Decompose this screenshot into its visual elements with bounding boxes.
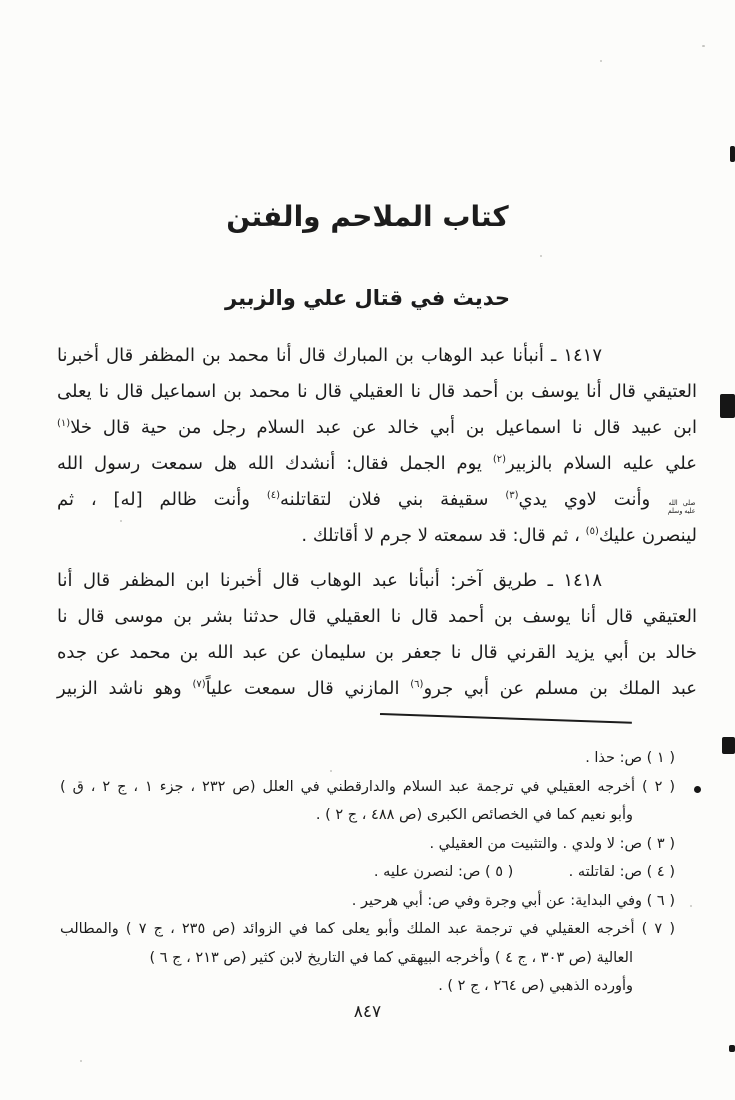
scanned-book-page: كتاب الملاحم والفتن حديث في قتال علي وال…	[0, 0, 735, 1100]
footnote-line: ( ٣ ) ص: لا ولدي . والتثبيت من العقيلي .	[60, 830, 675, 859]
footnote-line: وأبو نعيم كما في الخصائص الكبرى (ص ٤٨٨ ،…	[60, 801, 675, 830]
footnote-line: ( ١ ) ص: حذا .	[60, 744, 675, 773]
footnote-marker: (٢)	[493, 454, 506, 465]
scan-artifact	[694, 786, 701, 793]
page-number: ٨٤٧	[0, 1002, 735, 1022]
footnote-marker: (٧)	[192, 679, 205, 690]
hadith-paragraph: ١٤١٧ ـ أنبأنا عبد الوهاب بن المبارك قال …	[57, 338, 697, 554]
chapter-title: كتاب الملاحم والفتن	[0, 200, 735, 233]
paper-speck	[702, 45, 705, 47]
text-line: ابن عبيد قال نا اسماعيل بن أبي خالد عن ع…	[57, 410, 697, 446]
text-line: عبد الملك بن مسلم عن أبي جرو(٦) المازني …	[57, 671, 697, 707]
scan-artifact	[720, 394, 735, 418]
footnote-separator	[380, 713, 632, 724]
footnote-line: ( ٢ ) أخرجه العقيلي في ترجمة عبد السلام …	[60, 773, 675, 802]
section-heading: حديث في قتال علي والزبير	[0, 286, 735, 310]
paper-speck	[540, 255, 542, 257]
scan-artifact	[730, 146, 735, 162]
text-line: العتيقي قال أنا يوسف بن أحمد قال نا العق…	[57, 599, 697, 635]
text-line: لينصرن عليك(٥) ، ثم قال: قد سمعته لا جرم…	[57, 518, 697, 554]
footnote-line: ( ٧ ) أخرجه العقيلي في ترجمة عبد الملك و…	[60, 915, 675, 944]
footnotes: ( ١ ) ص: حذا .( ٢ ) أخرجه العقيلي في ترج…	[60, 744, 675, 1001]
footnote-marker: (٥)	[586, 526, 599, 537]
text-line: خالد بن أبي يزيد القرني قال نا جعفر بن س…	[57, 635, 697, 671]
paper-speck	[120, 520, 122, 522]
footnote-line: ( ٤ ) ص: لقاتلته . ( ٥ ) ص: لنصرن عليه .	[60, 858, 675, 887]
footnote-marker: (٦)	[410, 679, 423, 690]
text-line: العتيقي قال أنا يوسف بن أحمد قال نا العق…	[57, 374, 697, 410]
footnote-marker: (١)	[57, 418, 70, 429]
text-line: ١٤١٨ ـ طريق آخر: أنبأنا عبد الوهاب قال أ…	[57, 563, 697, 599]
paper-speck	[80, 1060, 82, 1062]
footnote-marker: (٣)	[505, 490, 518, 501]
paper-speck	[690, 905, 692, 907]
text-line: ١٤١٧ ـ أنبأنا عبد الوهاب بن المبارك قال …	[57, 338, 697, 374]
body-text: ١٤١٧ ـ أنبأنا عبد الوهاب بن المبارك قال …	[57, 338, 697, 707]
text-line: علي عليه السلام بالزبير(٢) يوم الجمل فقا…	[57, 446, 697, 482]
scan-artifact	[722, 737, 735, 754]
scan-artifact	[729, 1045, 735, 1052]
footnote-line: العالية (ص ٣٠٣ ، ج ٤ ) وأخرجه البيهقي كم…	[60, 944, 675, 973]
salawat-glyph: صلى اللهعليه وسلم	[667, 499, 697, 515]
paper-speck	[330, 770, 332, 772]
footnote-line: ( ٦ ) وفي البداية: عن أبي وجرة وفي ص: أب…	[60, 887, 675, 916]
hadith-paragraph: ١٤١٨ ـ طريق آخر: أنبأنا عبد الوهاب قال أ…	[57, 563, 697, 707]
text-line: صلى اللهعليه وسلم وأنت لاوي يدي(٣) سقيفة…	[57, 482, 697, 518]
footnote-line: وأورده الذهبي (ص ٢٦٤ ، ج ٢ ) .	[60, 972, 675, 1001]
footnote-marker: (٤)	[267, 490, 280, 501]
paper-speck	[600, 60, 602, 62]
